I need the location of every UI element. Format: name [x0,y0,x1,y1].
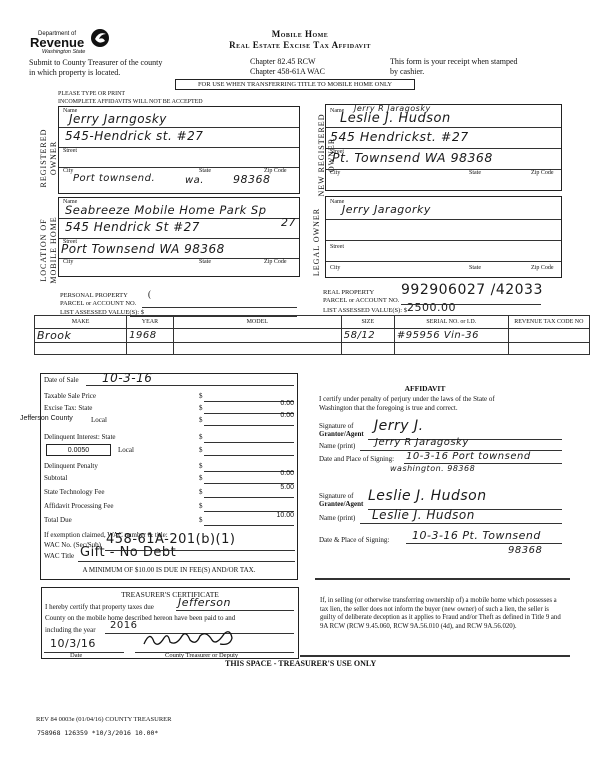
receipt-stamp: 758968 126359 *10/3/2016 10.00* [37,729,158,737]
wac-title[interactable]: Gift - No Debt [80,545,176,560]
fee-delinquent-interest-local: Local $ [44,446,294,454]
legal-owner-box: Name Jerry Jaragorky Street City State Z… [325,196,562,278]
cert-sig-label: County Treasurer or Deputy [165,652,238,659]
location-label: LOCATION OF MOBILE HOME [39,215,59,285]
fee-label: Delinquent Interest: State [44,433,116,441]
submit-note-line1: Submit to County Treasurer of the county [29,58,162,68]
cell-tax-code[interactable] [508,343,589,355]
fee-label: Delinquent Penalty [44,462,98,470]
new-registered-owner-box: Name Jerry R Jaragosky Leslie J. Hudson … [325,104,562,191]
grantee-name-label: Name (print) [319,514,355,522]
city-label: City [63,168,73,174]
table-header-row: MAKE YEAR MODEL SIZE SERIAL NO. or I.D. … [35,316,590,329]
sig-of-label: Signature of [319,422,364,430]
instructions: PLEASE TYPE OR PRINT INCOMPLETE AFFIDAVI… [58,90,203,106]
location-label-1: LOCATION OF [39,215,49,285]
grantee-agent-label: Grantee/Agent [319,500,363,508]
cert-line3: including the year [45,626,96,634]
currency-sign: $ [199,462,203,470]
legal-owner-name[interactable]: Jerry Jaragorky [342,203,431,216]
fee-label: Subtotal [44,474,67,482]
fee-label: Affidavit Processing Fee [44,502,113,510]
submit-note-line2: in which property is located. [29,68,162,78]
form-title: Mobile Home Real Estate Excise Tax Affid… [200,29,400,51]
cert-county[interactable]: Jefferson [178,596,231,609]
banner-text: FOR USE WHEN TRANSFERRING TITLE TO MOBIL… [198,81,392,88]
fee-taxable-sale-price: Taxable Sale Price $ [44,392,294,400]
treasurer-use-only: THIS SPACE - TREASURER'S USE ONLY [225,659,376,668]
state-label: State [469,265,481,271]
registered-owner-box: Name Jerry Jarngosky 545-Hendrick st. #2… [58,106,300,194]
grantee-date-place[interactable]: 10-3-16 Pt. Townsend [412,529,541,542]
grantor-agent-label: Grantor/Agent [319,430,364,438]
cell-serial[interactable] [394,343,508,355]
col-make: MAKE [35,316,127,329]
currency-sign: $ [199,416,203,424]
fee-label: Local [91,416,107,424]
reg-owner-street[interactable]: 545-Hendrick st. #27 [65,129,203,143]
fee-delinquent-interest-state: Delinquent Interest: State $ [44,433,294,441]
affidavit-statement: I certify under penalty of perjury under… [319,395,495,413]
fee-excise-state: Excise Tax: State $ 0.00 [44,404,294,412]
currency-sign: $ [199,404,203,412]
city-label: City [330,265,340,271]
grantor-place-line2[interactable]: washington. 98368 [390,464,475,473]
grantee-signature-label: Signature of Grantee/Agent [319,492,363,508]
rp-account-no[interactable]: 992906027 /42033 [401,286,543,294]
instruction-print: PLEASE TYPE OR PRINT [58,90,203,98]
cert-line1: I hereby certify that property taxes due [45,603,154,611]
col-year: YEAR [127,316,174,329]
new-owner-name[interactable]: Leslie J. Hudson [340,111,451,126]
fee-label: Total Due [44,516,72,524]
fee-state-technology: State Technology Fee $ 5.00 [44,488,294,496]
title-transfer-banner: FOR USE WHEN TRANSFERRING TITLE TO MOBIL… [175,79,415,90]
state-label: State [469,170,481,176]
registered-owner-label: REGISTERED OWNER [39,123,59,193]
form-number: REV 84 0003e (01/04/16) COUNTY TREASURER [36,716,171,723]
cell-model[interactable] [173,343,341,355]
pp-account-no[interactable]: ( [148,290,151,298]
receipt-note-line1: This form is your receipt when stamped [390,57,518,67]
zip-label: Zip Code [531,265,554,271]
grantee-place-line2[interactable]: 98368 [508,545,542,556]
cell-size[interactable] [341,343,394,355]
fee-value[interactable]: 10.00 [276,512,294,519]
currency-sign: $ [199,488,203,496]
zip-label: Zip Code [531,170,554,176]
col-size: SIZE [341,316,394,329]
fee-value[interactable]: 0.00 [280,412,294,419]
state-label: State [199,168,211,174]
reg-owner-zip[interactable]: 98368 [233,173,271,186]
grantor-name-label: Name (print) [319,442,355,450]
col-revenue-tax-code: REVENUE TAX CODE NO [508,316,589,329]
cell-tax-code[interactable] [508,329,589,343]
title-line2: Real Estate Excise Tax Affidavit [200,40,400,51]
location-city-line[interactable]: Port Townsend WA 98368 [61,242,225,256]
personal-property: PERSONAL PROPERTY PARCEL or ACCOUNT NO. … [60,292,300,317]
cert-line2: County on the mobile home described here… [45,614,235,622]
affidavit-statement-line1: I certify under penalty of perjury under… [319,395,495,404]
reg-owner-label-1: REGISTERED [39,123,49,193]
wac-title-label: WAC Title [44,552,74,560]
fee-value[interactable]: 0.00 [280,470,294,477]
minimum-due-note: A MINIMUM OF $10.00 IS DUE IN FEE(S) AND… [40,566,298,574]
pp-label2: PARCEL or ACCOUNT NO. [60,300,136,307]
fee-value[interactable]: 5.00 [280,484,294,491]
reg-owner-state[interactable]: wa. [185,175,204,186]
chapter-wac: Chapter 458-61A WAC [250,67,325,77]
grantee-signature[interactable]: Leslie J. Hudson [368,488,487,504]
treasurer-signature-icon [140,628,240,650]
affidavit-statement-line2: Washington that the foregoing is true an… [319,404,495,413]
cert-date-label: Date [70,652,82,659]
state-label: State [199,259,211,265]
grantor-name[interactable]: Jerry R Jaragosky [375,437,469,448]
currency-sign: $ [199,516,203,524]
pp-label1: PERSONAL PROPERTY [60,292,300,300]
receipt-note-line2: by cashier. [390,67,518,77]
currency-sign: $ [199,446,203,454]
title-line1: Mobile Home [200,29,400,40]
chapter-rcw: Chapter 82.45 RCW [250,57,325,67]
city-label: City [330,170,340,176]
cell-make[interactable] [35,343,127,355]
fee-affidavit-processing: Affidavit Processing Fee $ [44,502,294,510]
legal-owner-label-text: LEGAL OWNER [312,197,322,287]
logo-revenue-text: Revenue [30,37,84,49]
fee-subtotal: Subtotal $ 0.00 [44,474,294,482]
new-owner-city-line[interactable]: Pt. Townsend WA 98368 [332,150,493,165]
currency-sign: $ [199,392,203,400]
fee-total-due: Total Due $ 10.00 [44,516,294,524]
fee-label: Excise Tax: State [44,404,92,412]
street-label: Street [330,244,344,250]
table-row: Brook 1968 58/12 #95956 Vin-36 [35,329,590,343]
cell-year[interactable] [127,343,174,355]
rp-label3: LIST ASSESSED VALUE(S): $ [323,307,593,315]
grantor-date-place[interactable]: 10-3-16 Port townsend [406,451,531,462]
location-street[interactable]: 545 Hendrick St #27 [65,220,200,234]
dor-logo: Department of Revenue Washington State [30,30,110,54]
lien-notice: If, in selling (or otherwise transferrin… [320,597,565,631]
location-box: Name Seabreeze Mobile Home Park Sp 545 H… [58,197,300,277]
city-label: City [63,259,73,265]
fee-excise-local: Local $ 0.00 [44,416,294,424]
sig-of-label: Signature of [319,492,363,500]
receipt-note: This form is your receipt when stamped b… [390,57,518,77]
chapters: Chapter 82.45 RCW Chapter 458-61A WAC [250,57,325,77]
location-name[interactable]: Seabreeze Mobile Home Park Sp [65,203,267,217]
grantor-signature[interactable]: Jerry J. [374,418,424,434]
reg-owner-name[interactable]: Jerry Jarngosky [69,112,167,126]
col-model: MODEL [173,316,341,329]
fee-label: State Technology Fee [44,488,104,496]
cell-year[interactable]: 1968 [127,329,174,343]
fee-label: Taxable Sale Price [44,392,96,400]
table-row [35,343,590,355]
location-space[interactable]: 27 [281,216,296,229]
grantor-date-label: Date and Place of Signing: [319,455,394,463]
zip-label: Zip Code [264,259,287,265]
fee-value[interactable]: 0.00 [280,400,294,407]
affidavit-title: AFFIDAVIT [300,384,550,393]
cell-model[interactable] [173,329,341,343]
currency-sign: $ [199,502,203,510]
instruction-incomplete: INCOMPLETE AFFIDAVITS WILL NOT BE ACCEPT… [58,98,203,106]
reg-owner-city[interactable]: Port townsend. [73,173,155,184]
legal-owner-label: LEGAL OWNER [312,197,322,287]
dor-swirl-logo-icon [90,28,110,48]
cell-serial[interactable]: #95956 Vin-36 [394,329,508,343]
currency-sign: $ [199,433,203,441]
grantee-name[interactable]: Leslie J. Hudson [372,508,475,522]
cert-date[interactable]: 10/3/16 [50,637,96,650]
cell-size[interactable]: 58/12 [341,329,394,343]
fee-label: Local [118,446,134,454]
street-label: Street [63,148,77,154]
mobile-home-table: MAKE YEAR MODEL SIZE SERIAL NO. or I.D. … [34,315,590,355]
cert-year[interactable]: 2016 [110,620,137,631]
date-of-sale-label: Date of Sale [44,376,79,384]
new-owner-street[interactable]: 545 Hendrickst. #27 [330,129,469,144]
rp-assessed-value[interactable]: 2500.00 [407,304,456,312]
submit-note: Submit to County Treasurer of the county… [29,58,162,78]
date-of-sale[interactable]: 10-3-16 [102,371,152,385]
real-property: REAL PROPERTY PARCEL or ACCOUNT NO. LIST… [323,289,593,315]
cell-make[interactable]: Brook [35,329,127,343]
col-serial: SERIAL NO. or I.D. [394,316,508,329]
grantor-signature-label: Signature of Grantor/Agent [319,422,364,438]
logo-state-text: Washington State [42,49,85,55]
fee-delinquent-penalty: Delinquent Penalty $ [44,462,294,470]
currency-sign: $ [199,474,203,482]
grantee-date-label: Date & Place of Signing: [319,536,389,544]
treasurer-certificate-title: TREASURER'S CERTIFICATE [41,590,299,599]
